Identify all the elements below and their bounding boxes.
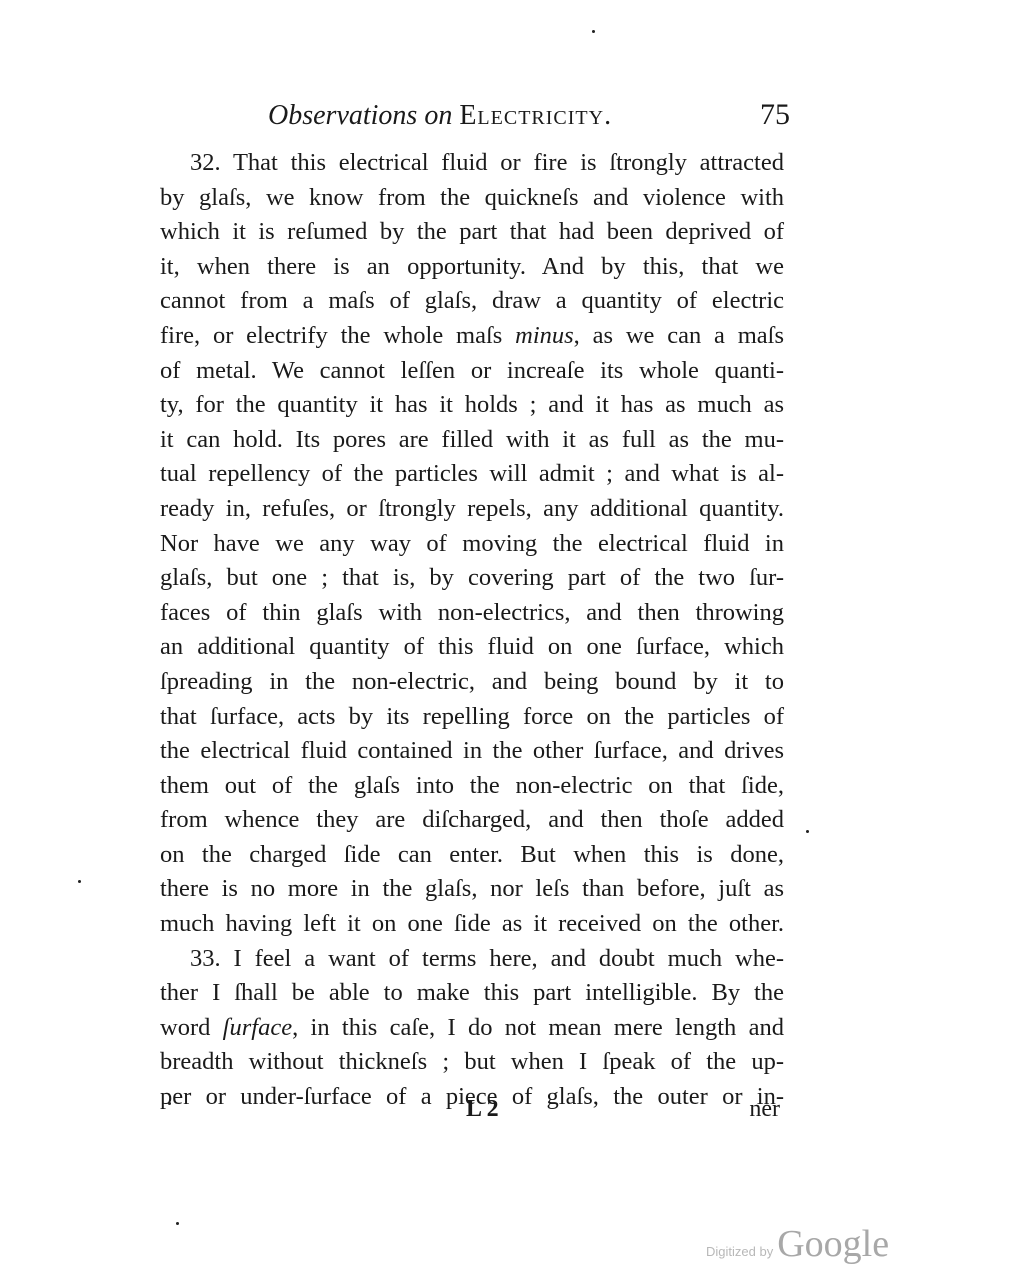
text-line: fire, or electrify the whole maſs minus,…	[160, 319, 784, 354]
page-footer: L 2 ner	[160, 1096, 784, 1132]
scan-speck	[168, 1102, 171, 1105]
text-line: on the charged ſide can enter. But when …	[160, 838, 784, 873]
text-line: it, when there is an opportunity. And by…	[160, 250, 784, 285]
text-line: of metal. We cannot leſſen or increaſe i…	[160, 354, 784, 389]
text-line: Nor have we any way of moving the electr…	[160, 527, 784, 562]
text-line: word ſurface, in this caſe, I do not mea…	[160, 1011, 784, 1046]
text-line: there is no more in the glaſs, nor leſs …	[160, 872, 784, 907]
scan-speck	[176, 1222, 179, 1225]
text-line: ſpreading in the non-electric, and being…	[160, 665, 784, 700]
text-segment: , in this caſe, I do not mean mere lengt…	[292, 1014, 784, 1041]
running-title: Observations on Electricity.	[268, 100, 612, 132]
text-line: tual repellency of the particles will ad…	[160, 457, 784, 492]
text-line: much having left it on one ſide as it re…	[160, 907, 784, 942]
text-segment: fire, or electrify the whole maſs	[160, 322, 515, 349]
text-segment: , as we can a maſs	[574, 322, 784, 349]
text-line: breadth without thickneſs ; but when I ſ…	[160, 1045, 784, 1080]
signature-mark: L 2	[466, 1096, 499, 1123]
text-segment: word	[160, 1014, 223, 1041]
italic-word: minus	[515, 322, 574, 349]
google-logo: Google	[777, 1223, 889, 1265]
text-line: 33. I feel a want of terms here, and dou…	[160, 942, 784, 977]
italic-word: ſurface	[223, 1014, 292, 1041]
text-line: cannot from a maſs of glaſs, draw a quan…	[160, 284, 784, 319]
book-page: Observations on Electricity. 75 32. That…	[0, 0, 1014, 1282]
watermark-prefix: Digitized by	[706, 1244, 773, 1259]
running-title-italic: Observations on	[268, 100, 452, 131]
text-line: faces of thin glaſs with non-electrics, …	[160, 596, 784, 631]
scan-speck	[78, 880, 81, 883]
text-line: ready in, refuſes, or ſtrongly repels, a…	[160, 492, 784, 527]
catchword: ner	[749, 1096, 780, 1123]
text-line: ty, for the quantity it has it holds ; a…	[160, 388, 784, 423]
text-line: an additional quantity of this fluid on …	[160, 630, 784, 665]
text-line: by glaſs, we know from the quickneſs and…	[160, 181, 784, 216]
text-line: that ſurface, acts by its repelling forc…	[160, 700, 784, 735]
text-line: which it is reſumed by the part that had…	[160, 215, 784, 250]
text-line: 32. That this electrical fluid or fire i…	[160, 146, 784, 181]
running-head: Observations on Electricity. 75	[268, 96, 790, 140]
scan-speck	[592, 30, 595, 33]
text-line: it can hold. Its pores are filled with i…	[160, 423, 784, 458]
digitized-watermark: Digitized by Google	[706, 1222, 889, 1266]
text-line: them out of the glaſs into the non-elect…	[160, 769, 784, 804]
body-text: 32. That this electrical fluid or fire i…	[160, 146, 784, 1115]
text-line: the electrical fluid contained in the ot…	[160, 734, 784, 769]
text-line: ther I ſhall be able to make this part i…	[160, 976, 784, 1011]
running-title-caps: Electricity.	[459, 100, 612, 131]
scan-speck	[806, 830, 809, 833]
text-line: from whence they are diſcharged, and the…	[160, 803, 784, 838]
page-number: 75	[760, 98, 790, 132]
text-line: glaſs, but one ; that is, by covering pa…	[160, 561, 784, 596]
